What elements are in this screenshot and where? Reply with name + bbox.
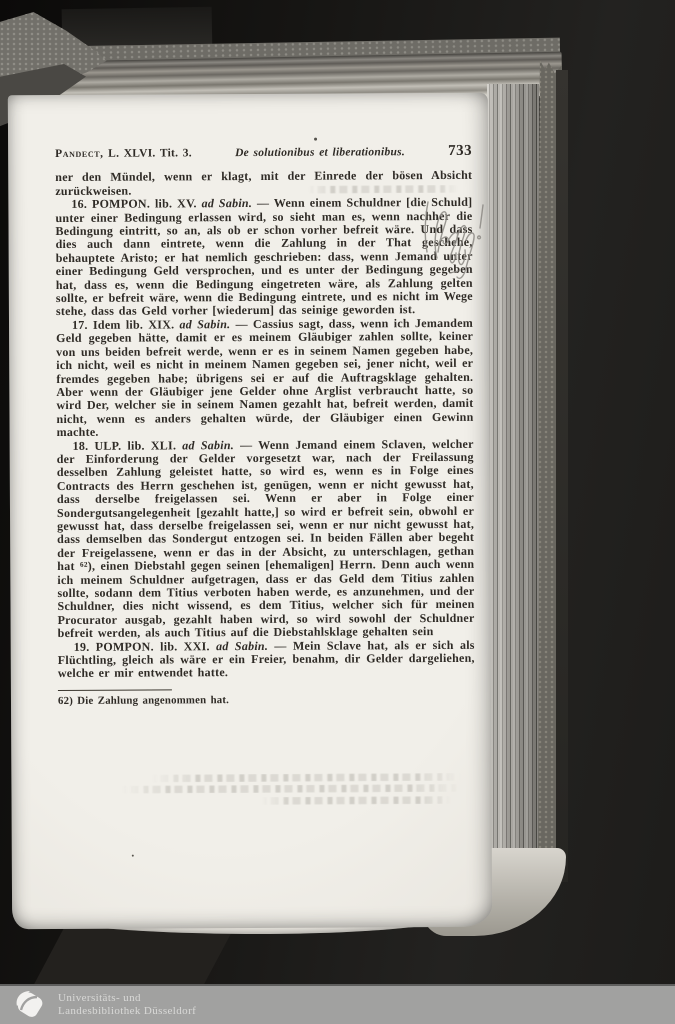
page-number: 733 — [448, 145, 472, 159]
paragraph-source-ref: ad Sabin. — [216, 638, 274, 652]
library-name: Universitäts- und Landesbibliothek Düsse… — [58, 992, 196, 1018]
library-logo-icon — [7, 988, 49, 1022]
ink-bleedthrough — [151, 773, 461, 783]
paragraph-text: — Cassius sagt, dass, wenn ich Jemandem … — [56, 316, 473, 439]
paragraph: 16. POMPON. lib. XV. ad Sabin. — Wenn ei… — [55, 196, 473, 319]
book-cover-board-edge — [556, 70, 568, 882]
paragraph-source-ref: ad Sabin. — [182, 438, 240, 452]
header-citation-smallcaps: Pandect, — [55, 148, 104, 160]
footnote-rule — [58, 689, 172, 691]
paragraph-lead: 18. ULP. lib. XLI. — [73, 438, 183, 453]
library-name-line2: Landesbibliothek Düsseldorf — [58, 1005, 196, 1018]
library-name-line1: Universitäts- und — [58, 992, 196, 1005]
paragraph: 18. ULP. lib. XLI. ad Sabin. — Wenn Jema… — [57, 437, 475, 640]
page-stack-fore-edge — [487, 84, 539, 920]
ink-bleedthrough — [261, 796, 451, 805]
footnote-block: 62) Die Zahlung angenommen hat. — [58, 688, 475, 709]
library-watermark-bar: Universitäts- und Landesbibliothek Düsse… — [0, 984, 675, 1024]
header-citation: Pandect, L. XLVI. Tit. 3. — [55, 147, 192, 161]
paragraph-lead: 17. Idem lib. XIX. — [72, 317, 180, 332]
printed-text-column: Pandect, L. XLVI. Tit. 3. De solutionibu… — [55, 145, 475, 709]
surface-shadow — [32, 928, 234, 988]
paragraph: 19. POMPON. lib. XXI. ad Sabin. — Mein S… — [58, 638, 475, 680]
paragraph-text: — Wenn einem Schuldner [die Schuld] unte… — [55, 195, 472, 318]
footnote-text: 62) Die Zahlung angenommen hat. — [58, 693, 475, 709]
paragraph-text: ner den Mündel, wenn er klagt, mit der E… — [55, 168, 472, 198]
paragraph: 17. Idem lib. XIX. ad Sabin. — Cassius s… — [56, 317, 474, 440]
paper-speck — [132, 855, 134, 857]
paragraph-source-ref: ad Sabin. — [180, 317, 236, 331]
paragraph: ner den Mündel, wenn er klagt, mit der E… — [55, 169, 472, 198]
paragraph-lead: 16. POMPON. lib. XV. — [71, 196, 201, 211]
paper-speck — [314, 138, 317, 141]
ink-bleedthrough — [308, 185, 458, 194]
header-title: De solutionibus et liberationibus. — [235, 146, 405, 160]
paragraph-source-ref: ad Sabin. — [202, 196, 257, 210]
header-citation-rest: L. XLVI. Tit. 3. — [108, 147, 192, 159]
ink-bleedthrough — [121, 784, 461, 794]
pencil-marginalia — [420, 194, 494, 290]
book-photograph: Pandect, L. XLVI. Tit. 3. De solutionibu… — [0, 0, 675, 1024]
running-header: Pandect, L. XLVI. Tit. 3. De solutionibu… — [55, 145, 472, 162]
paragraph-text: — Wenn Jemand einem Sclaven, welcher der… — [57, 436, 475, 640]
body-text: ner den Mündel, wenn er klagt, mit der E… — [55, 169, 475, 681]
